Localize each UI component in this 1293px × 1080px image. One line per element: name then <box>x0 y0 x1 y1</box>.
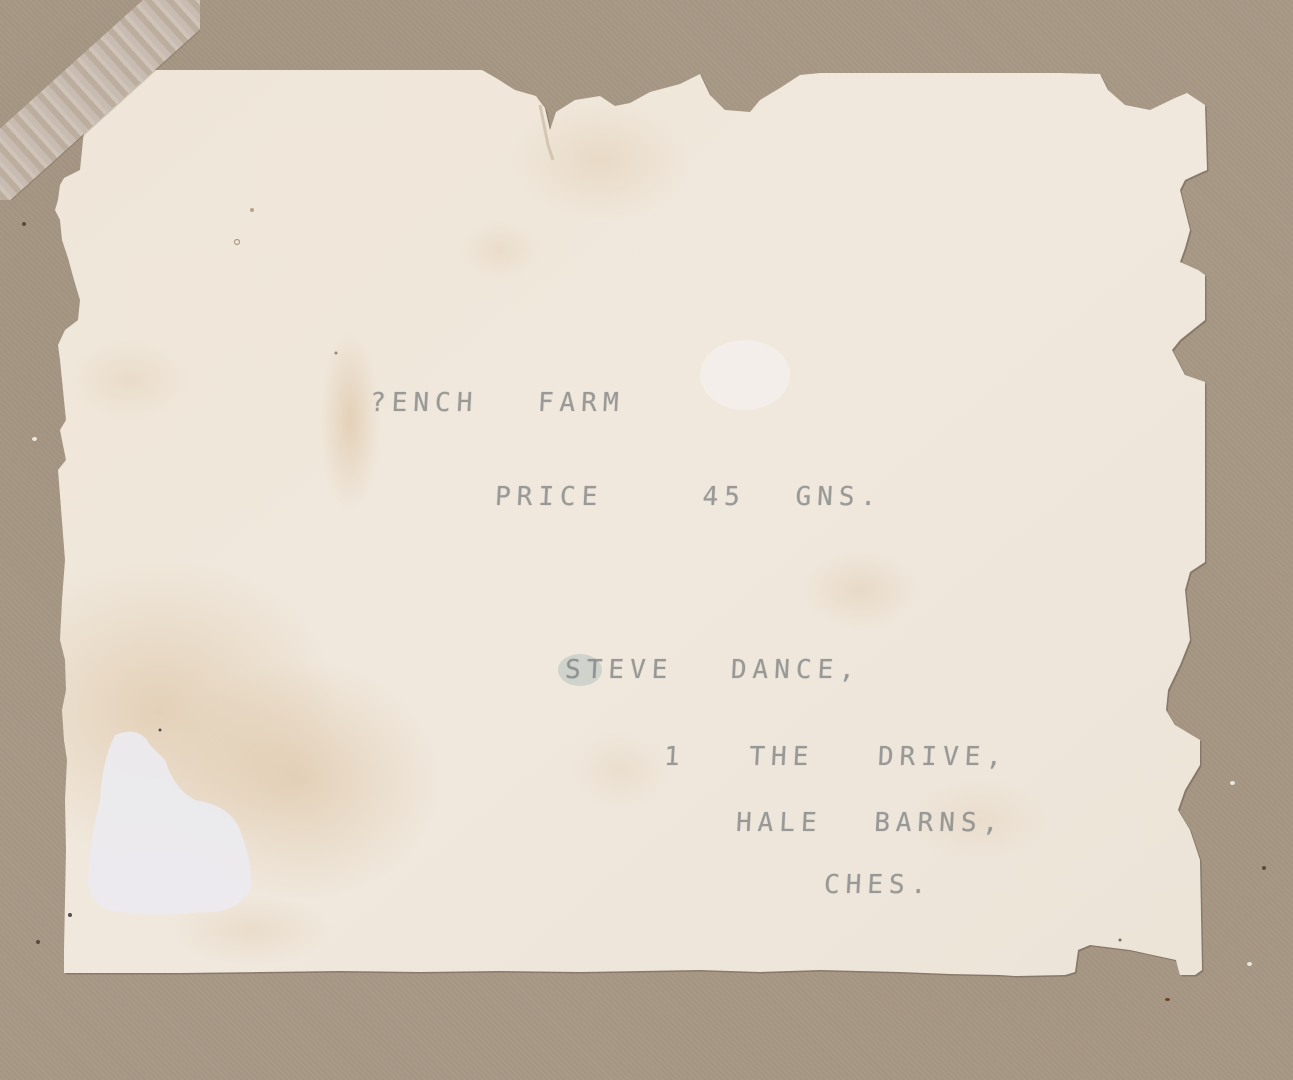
artist-name-text: STEVE DANCE, <box>564 655 861 685</box>
address-line-1-text: 1 THE DRIVE, <box>663 742 1008 772</box>
address-line-2-text: HALE BARNS, <box>735 808 1005 838</box>
handwritten-label-text: ?ENCH FARM PRICE 45 GNS. STEVE DANCE, 1 … <box>0 0 1293 1080</box>
price-text: PRICE 45 GNS. <box>494 482 883 512</box>
address-line-3-text: CHES. <box>823 870 933 900</box>
artwork-title-text: ?ENCH FARM <box>369 388 625 418</box>
